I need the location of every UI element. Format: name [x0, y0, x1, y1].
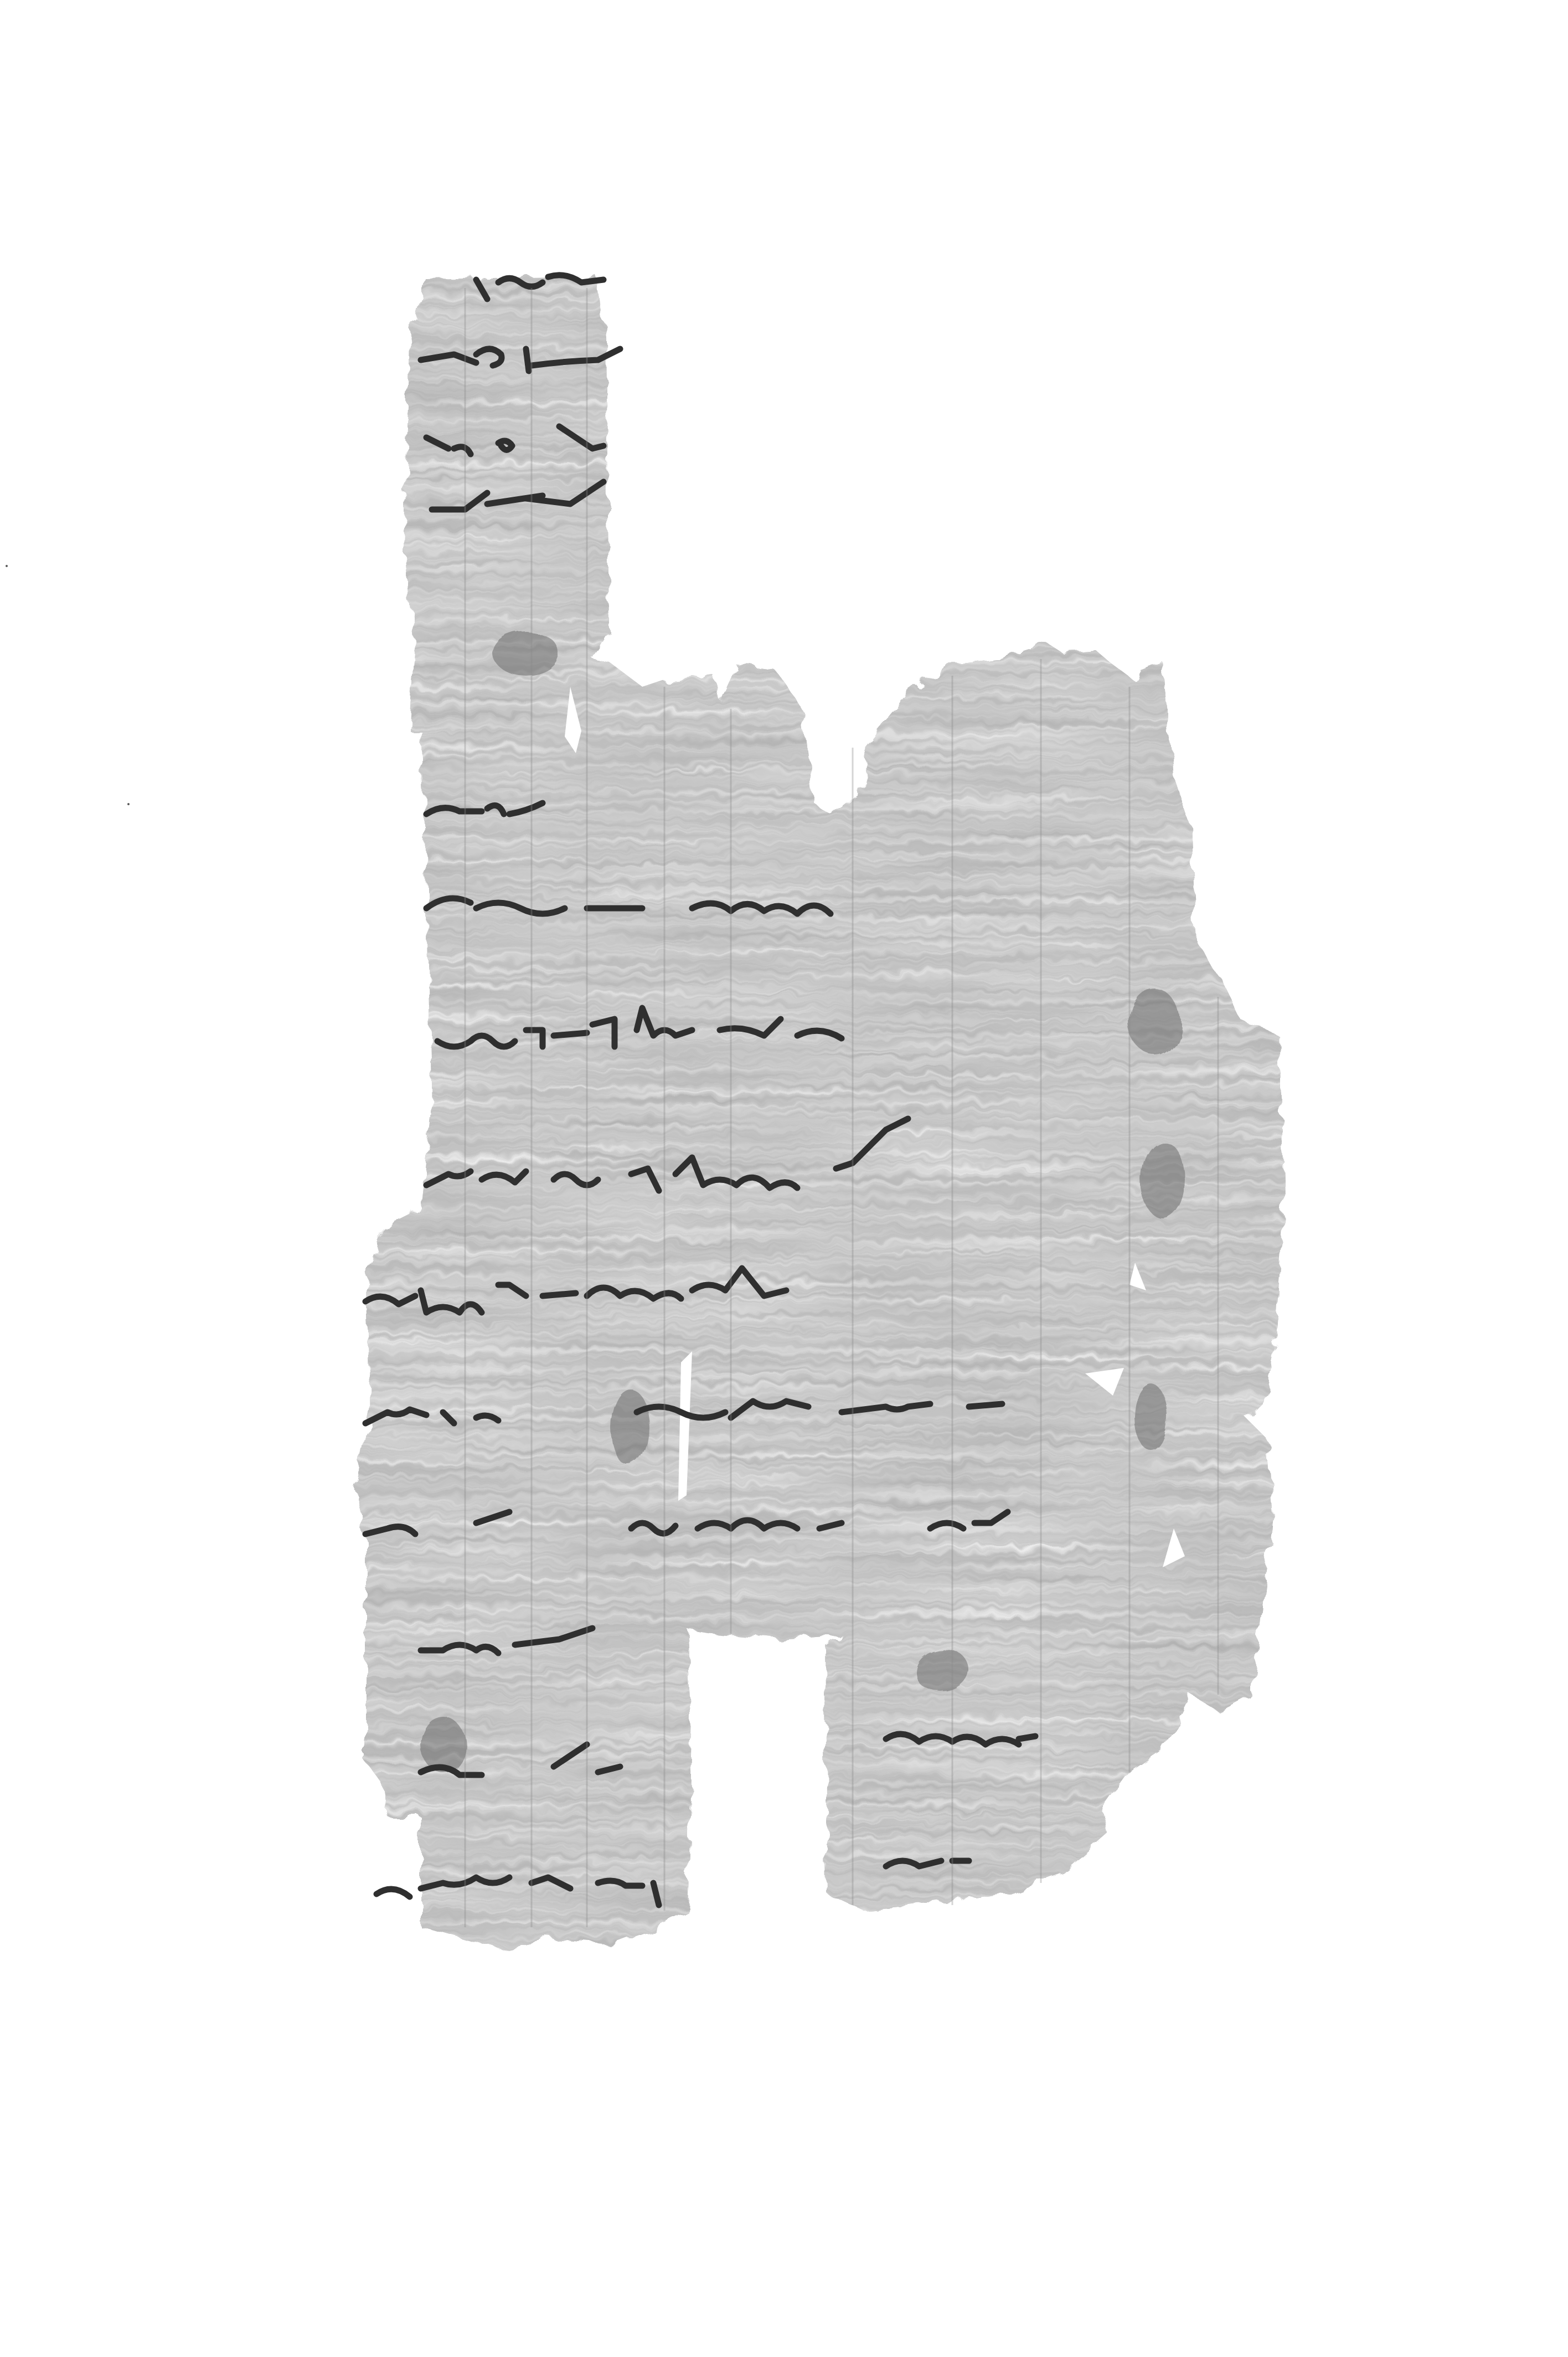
scan-speck [127, 803, 130, 805]
papyrus-fragment [0, 0, 1568, 2357]
papyrus-image [0, 0, 1568, 2357]
scan-speck [6, 565, 8, 567]
